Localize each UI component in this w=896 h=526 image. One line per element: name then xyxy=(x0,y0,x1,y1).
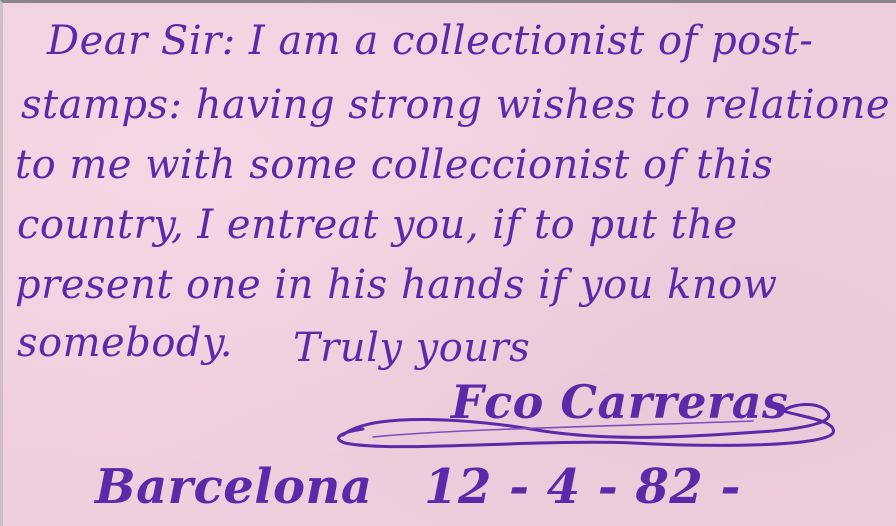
letter-line-1: Dear Sir: I am a collectionist of post- xyxy=(47,21,813,61)
postcard: Dear Sir: I am a collectionist of post- … xyxy=(0,0,896,526)
letter-line-5: present one in his hands if you know xyxy=(15,265,777,305)
letter-line-2: stamps: having strong wishes to relation… xyxy=(21,85,890,125)
place: Barcelona xyxy=(95,459,372,515)
letter-line-3: to me with some colleccionist of this xyxy=(15,145,773,185)
letter-line-4: country, I entreat you, if to put the xyxy=(17,205,738,245)
signature-flourish-icon xyxy=(333,391,853,461)
letter-line-6: somebody. xyxy=(17,323,233,363)
closing-salutation: Truly yours xyxy=(293,325,530,371)
place-and-date: Barcelona 12 - 4 - 82 - xyxy=(95,459,741,515)
date: 12 - 4 - 82 - xyxy=(424,459,741,515)
